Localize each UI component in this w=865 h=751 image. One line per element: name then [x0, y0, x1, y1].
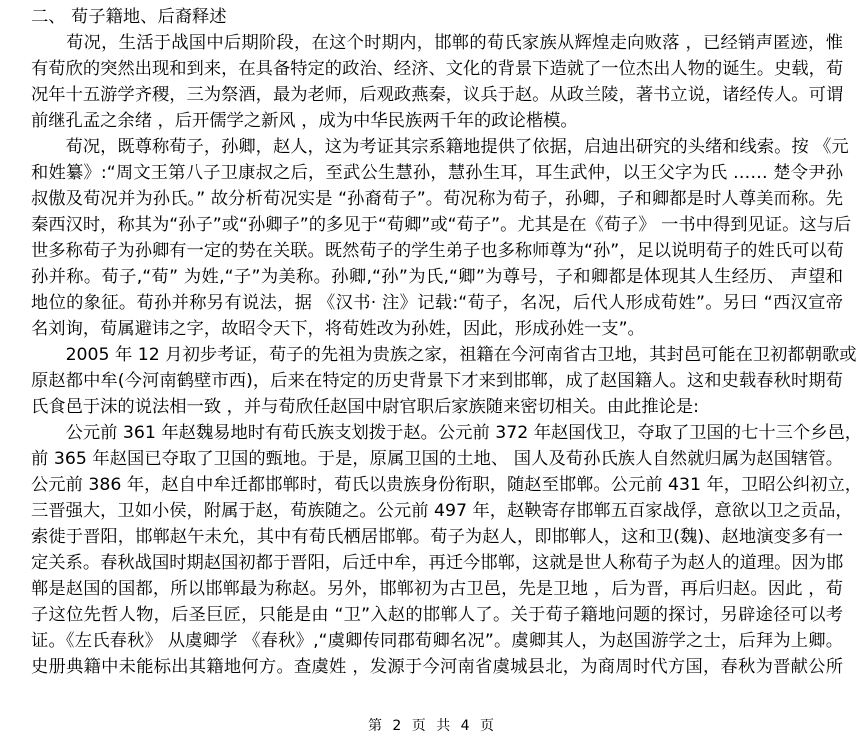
- paragraph-line: 况年十五游学齐稷，三为祭酒，最为老师，后观政燕秦，议兵于赵。从政兰陵，著书立说，…: [31, 82, 843, 108]
- paragraph-line: 原赵都中牟(今河南鹤壁市西)，后来在特定的历史背景下才来到邯郸，成了赵国籍人。这…: [31, 368, 843, 394]
- page-number-footer: 第 2 页 共 4 页: [0, 716, 865, 736]
- paragraph-line: 名刘询，荀属避讳之字，故昭令天下，将荀姓改为孙姓，因此，形成孙姓一支”。: [31, 316, 645, 342]
- paragraph-line: 史册典籍中未能标出其籍地何方。查虞姓 ，发源于今河南省虞城县北，为商周时代方国，…: [31, 654, 843, 680]
- paragraph-line: 郸是赵国的国都，所以邯郸最为称赵。另外，邯郸初为古卫邑，先是卫地 ，后为晋，再后…: [31, 576, 843, 602]
- paragraph-line: 有荀欣的突然出现和到来，在具备特定的政治、经济、文化的背景下造就了一位杰出人物的…: [31, 56, 843, 82]
- paragraph-line: 定关系。春秋战国时期赵国初都于晋阳，后迁中牟，再迁今邯郸，这就是世人称荀子为赵人…: [31, 550, 843, 576]
- paragraph-line: 公元前 386 年，赵自中牟迁都邯郸时，荀氏以贵族身份衔职，随赵至邯郸。公元前 …: [31, 472, 843, 498]
- paragraph-line: 子这位先哲人物，后圣巨匠，只能是由 “卫”入赵的邯郸人了。关于荀子籍地问题的探讨…: [31, 602, 843, 628]
- paragraph-line: 叔傲及荀况并为孙氏。” 故分析荀况实是 “孙裔荀子”。荀况称为荀子，孙卿，子和卿…: [31, 186, 843, 212]
- paragraph-line: 孙并称。荀子,“荀” 为姓,“子”为美称。孙卿,“孙”为氏,“卿”为尊号，子和卿…: [31, 264, 843, 290]
- paragraph-line: 证。《左氏春秋》 从虞卿学 《春秋》,“虞卿传同郡荀卿名况”。虞卿其人，为赵国游…: [31, 628, 843, 654]
- section-heading: 二、 荀子籍地、后裔释述: [31, 4, 227, 30]
- paragraph-line: 公元前 361 年赵魏易地时有荀氏族支划拨于赵。公元前 372 年赵国伐卫，夺取…: [31, 420, 843, 446]
- paragraph-line: 世多称荀子为孙卿有一定的势在关联。既然荀子的学生弟子也多称师尊为“孙”，足以说明…: [31, 238, 843, 264]
- paragraph-line: 荀况，既尊称荀子，孙卿，赵人，这为考证其宗系籍地提供了依据，启迪出研究的头绪和线…: [31, 134, 843, 160]
- paragraph-line: 索徙于晋阳，邯郸赵午未允，其中有荀氏栖居邯郸。荀子为赵人，即邯郸人，这和卫(魏)…: [31, 524, 843, 550]
- paragraph-line: 前继孔孟之余绪 ，后开儒学之新风 ，成为中华民族两千年的政论楷模。: [31, 108, 578, 134]
- paragraph-line: 三晋强大，卫如小侯，附属于赵，荀族随之。公元前 497 年，赵鞅寄存邯郸五百家战…: [31, 498, 843, 524]
- paragraph-line: 前 365 年赵国已夺取了卫国的甄地。于是，原属卫国的土地、 国人及荀孙氏族人自…: [31, 446, 843, 472]
- paragraph-line: 地位的象征。荀孙并称另有说法，据 《汉书· 注》记载:“荀子，名况，后代人形成荀…: [31, 290, 843, 316]
- paragraph-line: 氏食邑于沫的说法相一致 ，并与荀欣任赵国中尉官职后家族随来密切相关。由此推论是:: [31, 394, 699, 420]
- paragraph-line: 和姓纂》:“周文王第八子卫康叔之后，至武公生慧孙，慧孙生耳，耳生武仲，以王父字为…: [31, 160, 843, 186]
- paragraph-line: 荀况，生活于战国中后期阶段，在这个时期内，邯郸的荀氏家族从辉煌走向败落 ，已经销…: [31, 30, 843, 56]
- paragraph-line: 秦西汉时，称其为“孙子”或“孙卿子”的多见于“荀卿”或“荀子”。尤其是在《荀子》…: [31, 212, 843, 238]
- paragraph-line: 2005 年 12 月初步考证，荀子的先祖为贵族之家，祖籍在今河南省古卫地，其封…: [31, 342, 843, 368]
